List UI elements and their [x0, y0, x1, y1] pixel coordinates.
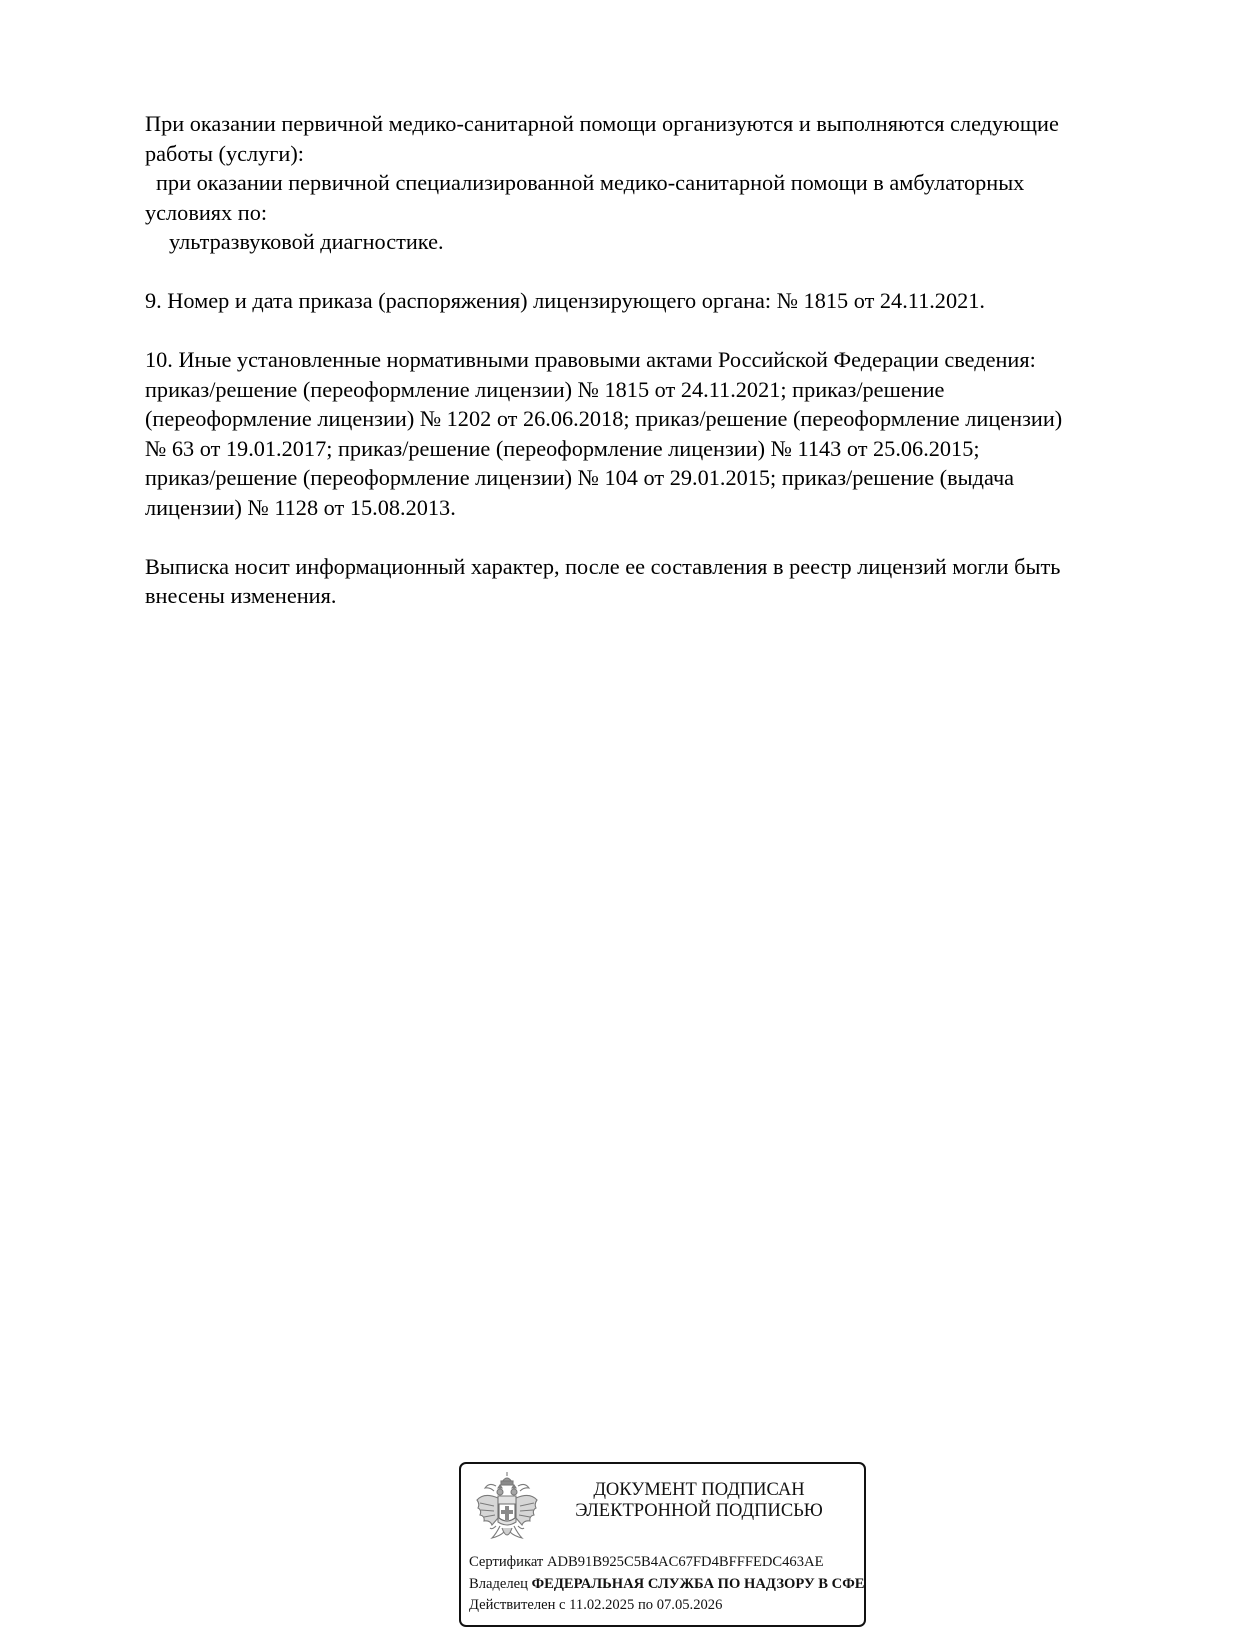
electronic-signature-stamp: ДОКУМЕНТ ПОДПИСАН ЭЛЕКТРОННОЙ ПОДПИСЬЮ С… [459, 1462, 866, 1627]
section-10-line: приказ/решение (переоформление лицензии)… [145, 375, 1205, 405]
services-paragraph: При оказании первичной медико-санитарной… [145, 109, 1205, 257]
disclaimer: Выписка носит информационный характер, п… [145, 552, 1205, 611]
validity-row: Действителен с 11.02.2025 по 07.05.2026 [469, 1595, 866, 1617]
paragraph-spacer [145, 522, 1205, 552]
certificate-row: Сертификат ADB91B925C5B4AC67FD4BFFFEDC46… [469, 1552, 866, 1574]
disclaimer-line: Выписка носит информационный характер, п… [145, 552, 1205, 582]
section-10-line: лицензии) № 1128 от 15.08.2013. [145, 493, 1205, 523]
document-page: При оказании первичной медико-санитарной… [0, 0, 1240, 1650]
owner-label: Владелец [469, 1576, 528, 1592]
disclaimer-line: внесены изменения. [145, 581, 1205, 611]
coat-of-arms-icon [474, 1470, 540, 1548]
section-9-text: 9. Номер и дата приказа (распоряжения) л… [145, 286, 1205, 316]
services-line: При оказании первичной медико-санитарной… [145, 109, 1205, 139]
section-10-line: (переоформление лицензии) № 1202 от 26.0… [145, 404, 1205, 434]
paragraph-spacer [145, 257, 1205, 287]
owner-row: Владелец ФЕДЕРАЛЬНАЯ СЛУЖБА ПО НАДЗОРУ В… [469, 1574, 866, 1596]
section-10-heading: 10. Иные установленные нормативными прав… [145, 345, 1205, 375]
stamp-title-line-1: ДОКУМЕНТ ПОДПИСАН [539, 1480, 859, 1501]
services-line: работы (услуги): [145, 139, 1205, 169]
services-subitem: при оказании первичной специализированно… [145, 168, 1205, 198]
certificate-value: ADB91B925C5B4AC67FD4BFFFEDC463AE [547, 1554, 824, 1570]
section-10-line: приказ/решение (переоформление лицензии)… [145, 463, 1205, 493]
section-10: 10. Иные установленные нормативными прав… [145, 345, 1205, 522]
certificate-label: Сертификат [469, 1554, 543, 1570]
stamp-title: ДОКУМЕНТ ПОДПИСАН ЭЛЕКТРОННОЙ ПОДПИСЬЮ [539, 1480, 859, 1522]
services-subitem-detail: ультразвуковой диагностике. [145, 227, 1205, 257]
section-10-line: № 63 от 19.01.2017; приказ/решение (пере… [145, 434, 1205, 464]
stamp-details: Сертификат ADB91B925C5B4AC67FD4BFFFEDC46… [469, 1552, 866, 1617]
section-9: 9. Номер и дата приказа (распоряжения) л… [145, 286, 1205, 316]
stamp-title-line-2: ЭЛЕКТРОННОЙ ПОДПИСЬЮ [539, 1501, 859, 1522]
owner-value: ФЕДЕРАЛЬНАЯ СЛУЖБА ПО НАДЗОРУ В СФЕРЕ ЗД… [532, 1576, 866, 1592]
paragraph-spacer [145, 316, 1205, 346]
services-line: условиях по: [145, 198, 1205, 228]
document-body: При оказании первичной медико-санитарной… [145, 109, 1205, 611]
